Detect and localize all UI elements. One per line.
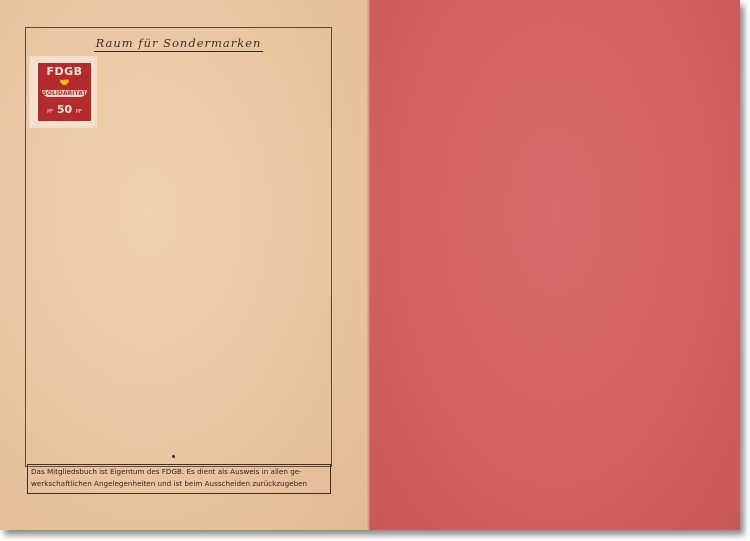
- notice-line-2: werkschaftlichen Angelegenheiten und ist…: [31, 478, 327, 490]
- page-heading: Raum für Sondermarken: [26, 36, 331, 50]
- stamp-unit-left: PF: [47, 109, 53, 115]
- handshake-icon: 🤝: [38, 78, 91, 87]
- left-page: Raum für Sondermarken FDGB 🤝 SOLIDARITÄT…: [0, 0, 370, 530]
- ownership-notice: Das Mitgliedsbuch ist Eigentum des FDGB.…: [27, 464, 331, 494]
- heading-text: Raum für Sondermarken: [94, 36, 264, 52]
- stamp-unit-right: PF: [76, 109, 82, 115]
- right-page: [370, 0, 740, 530]
- notice-line-1: Das Mitgliedsbuch ist Eigentum des FDGB.…: [31, 466, 327, 478]
- paper-speck: [172, 455, 175, 458]
- stamp-value-number: 50: [57, 103, 72, 116]
- booklet-spread: Raum für Sondermarken FDGB 🤝 SOLIDARITÄT…: [0, 0, 740, 530]
- stamp-banner: SOLIDARITÄT: [42, 90, 87, 97]
- stamp-org: FDGB: [38, 65, 91, 78]
- fdgb-stamp: FDGB 🤝 SOLIDARITÄT PF 50 PF: [29, 56, 97, 128]
- stamp-value: PF 50 PF: [38, 103, 91, 116]
- stamp-face: FDGB 🤝 SOLIDARITÄT PF 50 PF: [38, 63, 91, 121]
